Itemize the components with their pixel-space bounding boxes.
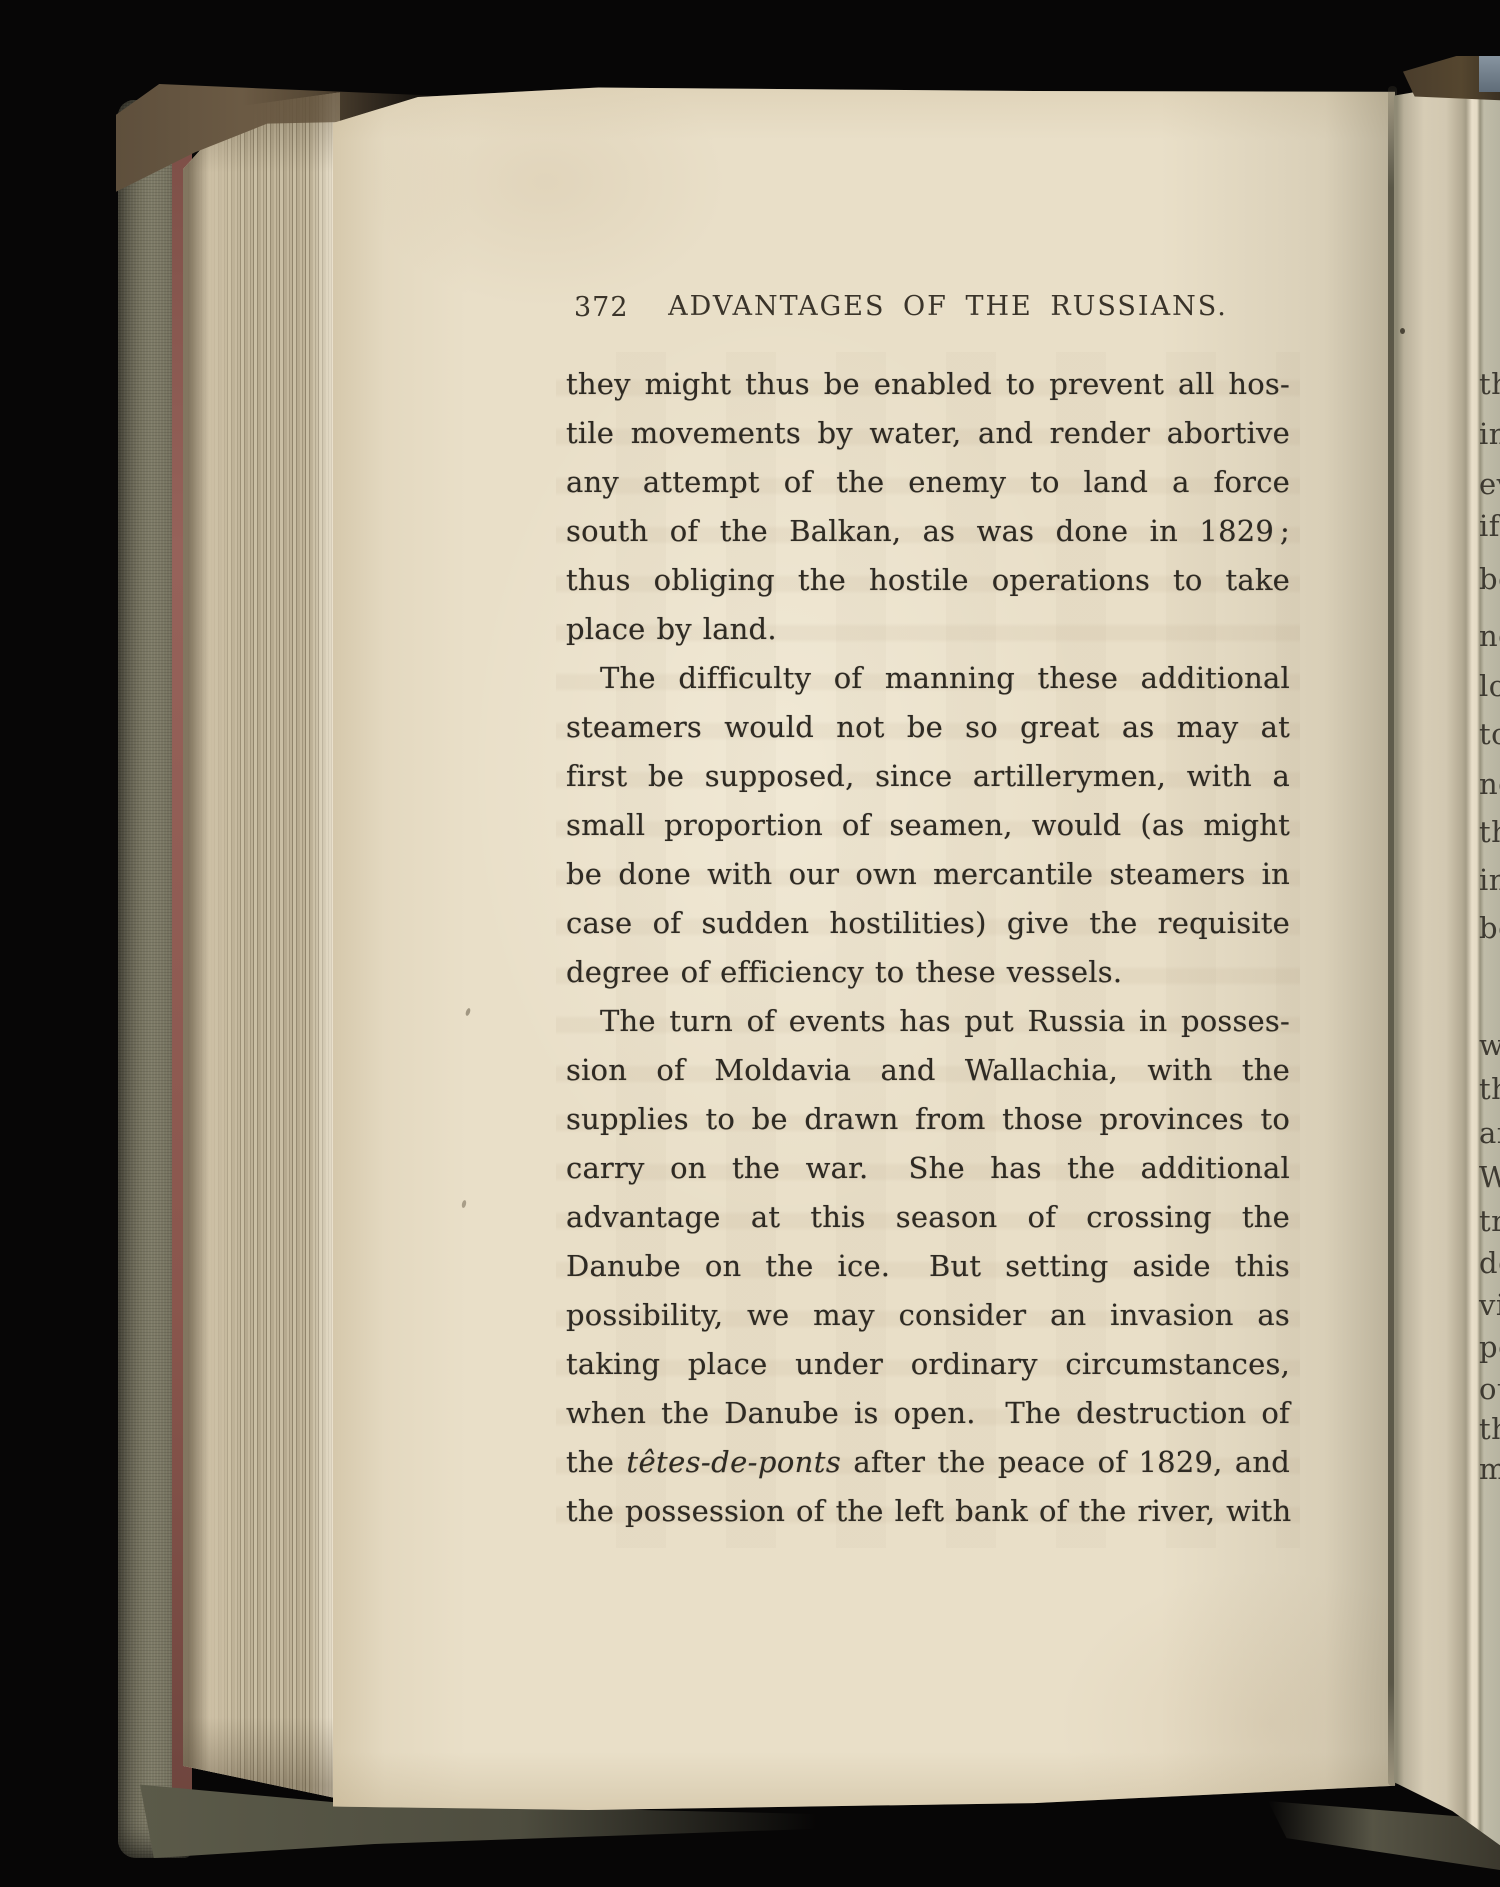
text-line: place by land. — [566, 605, 1290, 654]
text-line: steamers would not be so great as may at — [566, 703, 1290, 752]
text-line: when the Danube is open. The destruction… — [566, 1389, 1290, 1438]
facing-line-fragment: to — [1479, 719, 1500, 749]
text-line: thus obliging the hostile operations to … — [566, 556, 1290, 605]
text-line: small proportion of seamen, would (as mi… — [566, 801, 1290, 850]
facing-line-fragment: wa — [1479, 1030, 1500, 1060]
facing-line-fragment: th — [1479, 1074, 1500, 1104]
text-line: advantage at this season of crossing the — [566, 1193, 1290, 1242]
facing-line-fragment: in — [1479, 419, 1500, 449]
facing-line-fragment: do — [1479, 1248, 1500, 1278]
text-line: The difficulty of manning these addition… — [566, 654, 1290, 703]
text-line: case of sudden hostilities) give the req… — [566, 899, 1290, 948]
text-line: possibility, we may consider an invasion… — [566, 1291, 1290, 1340]
facing-line-fragment: mig — [1479, 1454, 1500, 1484]
text-line: The turn of events has put Russia in pos… — [566, 997, 1290, 1046]
page-stack-fore-edge — [183, 68, 340, 1813]
facing-line-fragment: in — [1479, 865, 1500, 895]
facing-line-fragment: if — [1479, 511, 1500, 541]
text-line: taking place under ordinary circumstance… — [566, 1340, 1290, 1389]
facing-line-fragment: tro — [1479, 1206, 1500, 1236]
facing-line-fragment: th — [1479, 369, 1500, 399]
text-line: carry on the war. She has the additional — [566, 1144, 1290, 1193]
running-title: ADVANTAGES OF THE RUSSIANS. — [606, 292, 1290, 322]
facing-line-fragment: the — [1479, 1414, 1500, 1444]
text-line: the têtes-de-ponts after the peace of 18… — [566, 1438, 1290, 1487]
text-line: tile movements by water, and render abor… — [566, 409, 1290, 458]
text-line: the possession of the left bank of the r… — [566, 1487, 1290, 1536]
facing-line-fragment: ev — [1479, 469, 1500, 499]
book-scan: 372 ADVANTAGES OF THE RUSSIANS. they mig… — [0, 0, 1500, 1887]
text-block: they might thus be enabled to prevent al… — [566, 360, 1290, 1536]
facing-line-fragment: bo — [1479, 913, 1500, 943]
text-line: be done with our own mercantile steamers… — [566, 850, 1290, 899]
text-line: supplies to be drawn from those province… — [566, 1095, 1290, 1144]
cover-blue-gray-band — [1479, 56, 1500, 92]
facing-line-fragment: ne — [1479, 769, 1500, 799]
facing-line-fragment: ne — [1479, 621, 1500, 651]
text-line: they might thus be enabled to prevent al… — [566, 360, 1290, 409]
facing-line-fragment: out — [1479, 1374, 1500, 1404]
text-line: first be supposed, since artillerymen, w… — [566, 752, 1290, 801]
facing-line-fragment: be — [1479, 564, 1500, 594]
running-header: 372 ADVANTAGES OF THE RUSSIANS. — [566, 292, 1290, 326]
facing-line-fragment: th — [1479, 817, 1500, 847]
text-line: Danube on the ice. But setting aside thi… — [566, 1242, 1290, 1291]
facing-line-fragment: vis — [1479, 1290, 1500, 1320]
text-line: south of the Balkan, as was done in 1829… — [566, 507, 1290, 556]
facing-page-fragments: thinevifbenelotonethinbowathanWtrodovisp… — [1479, 0, 1500, 1887]
text-line: any attempt of the enemy to land a force — [566, 458, 1290, 507]
text-line: degree of efficiency to these vessels. — [566, 948, 1290, 997]
facing-line-fragment: lo — [1479, 671, 1500, 701]
paper-speck — [1400, 328, 1405, 334]
facing-line-fragment: W — [1479, 1162, 1500, 1192]
facing-line-fragment: pos — [1479, 1332, 1500, 1362]
facing-line-fragment: an — [1479, 1118, 1500, 1148]
text-line: sion of Moldavia and Wallachia, with the — [566, 1046, 1290, 1095]
